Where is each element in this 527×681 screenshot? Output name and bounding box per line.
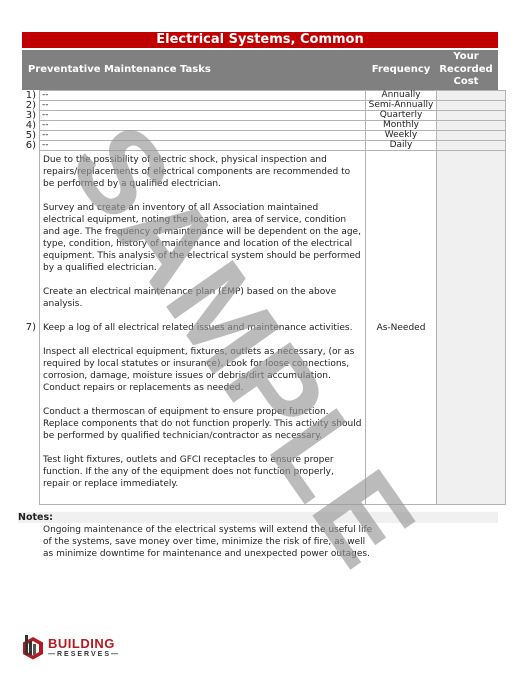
task-cell: Due to the possibility of electric shock… — [40, 151, 366, 505]
cost-input-cell[interactable] — [437, 131, 506, 141]
task-paragraph: Conduct a thermoscan of equipment to ens… — [43, 406, 362, 442]
table-row: 3)--Quarterly — [22, 111, 506, 121]
cost-input-cell[interactable] — [437, 151, 506, 505]
header-frequency: Frequency — [368, 50, 434, 90]
notes-label: Notes: — [18, 512, 498, 523]
row-number: 4) — [22, 121, 40, 131]
maintenance-sheet: Electrical Systems, Common Preventative … — [22, 32, 498, 560]
task-paragraph: Survey and create an inventory of all As… — [43, 202, 362, 274]
building-reserves-logo-icon — [22, 635, 44, 661]
logo-text-building: BUILDING — [48, 636, 115, 651]
frequency-cell: As-Needed — [366, 151, 437, 505]
tasks-table: 1)--Annually2)--Semi-Annually3)--Quarter… — [22, 90, 506, 505]
task-cell: -- — [40, 101, 366, 111]
task-paragraph: Test light fixtures, outlets and GFCI re… — [43, 454, 362, 490]
task-paragraph: Inspect all electrical equipment, fixtur… — [43, 346, 362, 394]
table-row: 6)--Daily — [22, 141, 506, 151]
row-number: 5) — [22, 131, 40, 141]
cost-input-cell[interactable] — [437, 111, 506, 121]
header-tasks: Preventative Maintenance Tasks — [28, 50, 211, 90]
frequency-cell: Quarterly — [366, 111, 437, 121]
frequency-cell: Annually — [366, 91, 437, 101]
task-cell: -- — [40, 141, 366, 151]
frequency-cell: Weekly — [366, 131, 437, 141]
company-logo: BUILDING —RESERVES— — [22, 633, 132, 663]
cost-input-cell[interactable] — [437, 121, 506, 131]
table-row: 2)--Semi-Annually — [22, 101, 506, 111]
row-number: 3) — [22, 111, 40, 121]
table-row: 1)--Annually — [22, 91, 506, 101]
notes-section: Notes: Ongoing maintenance of the electr… — [22, 512, 498, 560]
frequency-cell: Semi-Annually — [366, 101, 437, 111]
table-header: Preventative Maintenance Tasks Frequency… — [22, 50, 498, 90]
table-row: 5)--Weekly — [22, 131, 506, 141]
section-title: Electrical Systems, Common — [22, 32, 498, 48]
cost-input-cell[interactable] — [437, 101, 506, 111]
task-cell: -- — [40, 111, 366, 121]
cost-input-cell[interactable] — [437, 91, 506, 101]
header-cost: Your Recorded Cost — [434, 51, 498, 89]
task-cell: -- — [40, 131, 366, 141]
logo-text-reserves: —RESERVES— — [48, 651, 120, 658]
frequency-cell: Monthly — [366, 121, 437, 131]
row-number: 6) — [22, 141, 40, 151]
task-paragraph: Keep a log of all electrical related iss… — [43, 322, 362, 334]
table-row: 7)Due to the possibility of electric sho… — [22, 151, 506, 505]
frequency-cell: Daily — [366, 141, 437, 151]
table-row: 4)--Monthly — [22, 121, 506, 131]
task-cell: -- — [40, 91, 366, 101]
notes-text: Ongoing maintenance of the electrical sy… — [22, 524, 373, 560]
row-number: 2) — [22, 101, 40, 111]
row-number: 1) — [22, 91, 40, 101]
cost-input-cell[interactable] — [437, 141, 506, 151]
task-paragraph: Create an electrical maintenance plan (E… — [43, 286, 362, 310]
task-cell: -- — [40, 121, 366, 131]
row-number: 7) — [22, 151, 40, 505]
task-paragraph: Due to the possibility of electric shock… — [43, 154, 362, 190]
